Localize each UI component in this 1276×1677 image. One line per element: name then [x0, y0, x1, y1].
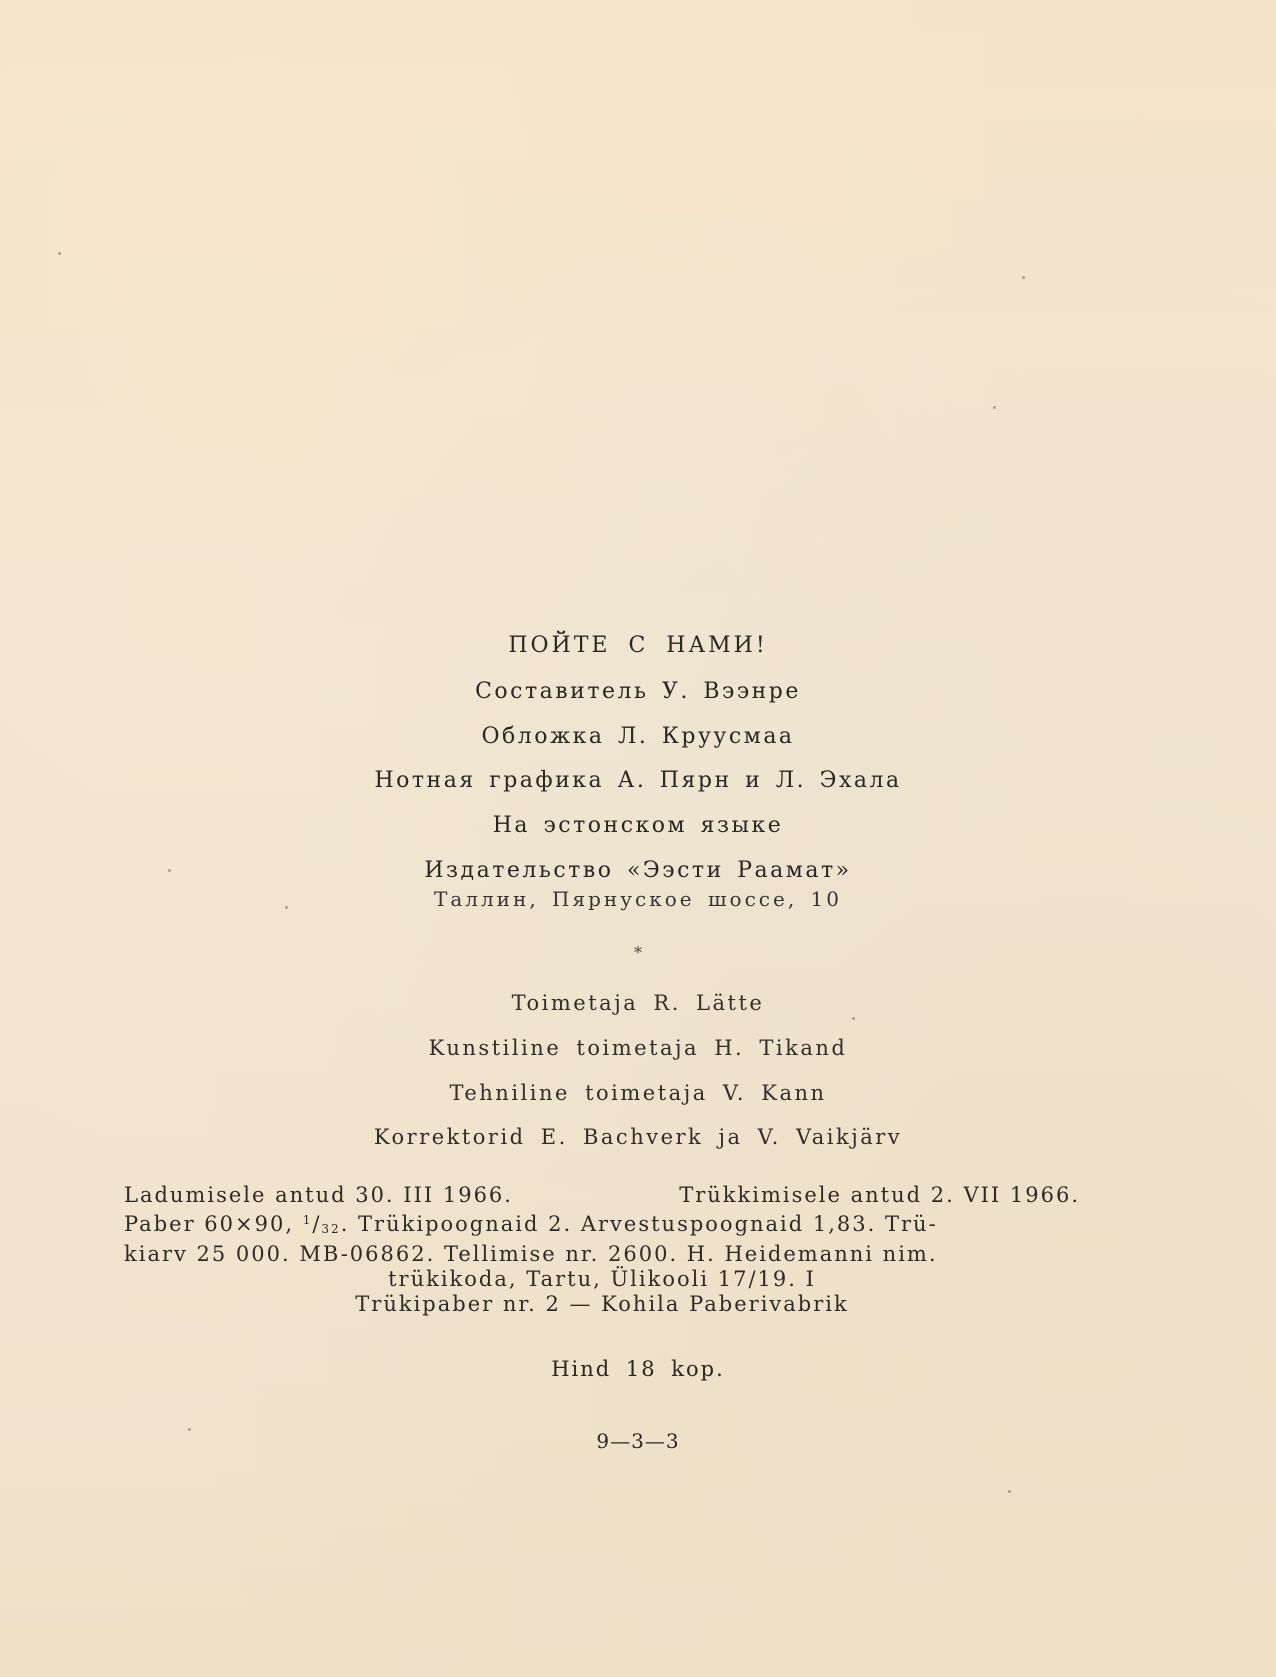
- imprint-line-2: Paber 60×90, 1/32. Trükipoognaid 2. Arve…: [124, 1208, 1080, 1242]
- imprint-line-3: kiarv 25 000. MB-06862. Tellimise nr. 26…: [124, 1242, 1080, 1267]
- paper-background: [0, 0, 1276, 1677]
- proofreaders-credit: Korrektorid E. Bachverk ja V. Vaikjärv: [0, 1125, 1276, 1149]
- publisher-address: Таллин, Пярнуское шоссе, 10: [0, 887, 1276, 911]
- catalog-code: 9—3—3: [0, 1429, 1276, 1453]
- paper-speck: [1008, 1490, 1011, 1493]
- paper-speck: [1022, 276, 1025, 279]
- art-editor-credit: Kunstiline toimetaja H. Tikand: [0, 1036, 1276, 1060]
- typesetting-date: Ladumisele antud 30. III 1966.: [124, 1183, 513, 1208]
- book-title-russian: ПОЙТЕ С НАМИ!: [0, 633, 1276, 658]
- paper-supplier: Trükipaber nr. 2 — Kohila Paberivabrik: [355, 1292, 848, 1317]
- publisher-name: Издательство «Ээсти Раамат»: [0, 858, 1276, 883]
- imprint-line-1: Ladumisele antud 30. III 1966. Trükkimis…: [124, 1183, 1080, 1208]
- paper-format: Paber 60×90, 1/32. Trükipoognaid 2. Arve…: [124, 1208, 938, 1242]
- printing-date: Trükkimisele antud 2. VII 1966.: [679, 1183, 1080, 1208]
- technical-editor-credit: Tehniline toimetaja V. Kann: [0, 1081, 1276, 1105]
- compiler-credit: Составитель У. Вээнре: [0, 679, 1276, 704]
- printing-imprint: Ladumisele antud 30. III 1966. Trükkimis…: [124, 1183, 1080, 1317]
- asterisk-separator: *: [0, 943, 1276, 962]
- imprint-line-5: Trükipaber nr. 2 — Kohila Paberivabrik: [124, 1292, 1080, 1317]
- music-graphics-credit: Нотная графика А. Пярн и Л. Эхала: [0, 768, 1276, 793]
- price: Hind 18 kop.: [0, 1357, 1276, 1381]
- editor-credit: Toimetaja R. Lätte: [0, 991, 1276, 1015]
- imprint-line-4: trükikoda, Tartu, Ülikooli 17/19. I: [124, 1267, 1080, 1292]
- paper-speck: [993, 406, 996, 409]
- cover-credit: Обложка Л. Круусмаа: [0, 724, 1276, 749]
- paper-speck: [852, 1017, 855, 1020]
- print-run-and-order: kiarv 25 000. MB-06862. Tellimise nr. 26…: [124, 1242, 938, 1267]
- language-note: На эстонском языке: [0, 813, 1276, 838]
- paper-speck: [58, 252, 61, 255]
- printing-house-address: trükikoda, Tartu, Ülikooli 17/19. I: [388, 1267, 816, 1292]
